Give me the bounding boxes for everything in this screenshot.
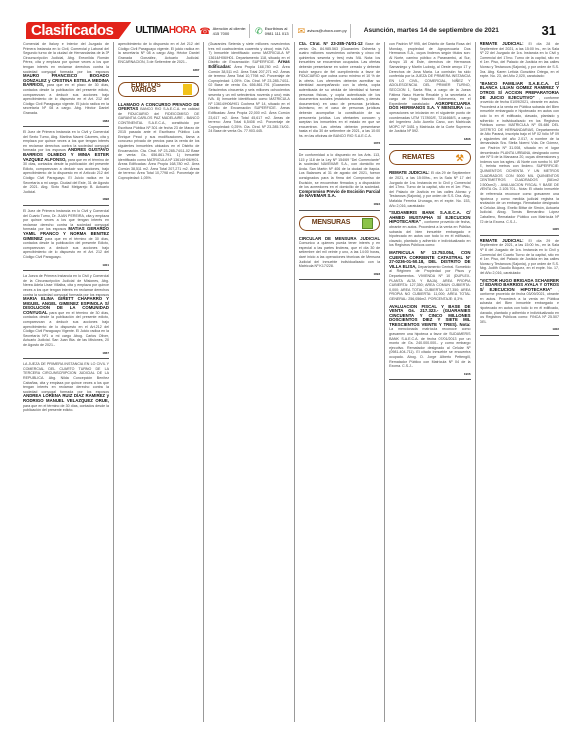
notice-divider: [299, 149, 380, 150]
classified-notice: El Juez de Primera Instancia en lo Civil…: [23, 209, 109, 260]
notice-divider: [389, 144, 470, 145]
page-header: Clasificados ULTIMAHORA ☎ Atención al cl…: [26, 22, 556, 39]
classified-notice: Cta. Ctral. Nº 23-285-74/01-12 Base de v…: [299, 42, 380, 138]
section-title: Clasificados: [26, 22, 131, 39]
section-header-mensuras: MENSURAS: [299, 216, 380, 231]
gavel-icon: ⚒: [456, 156, 464, 161]
classified-notice: LLAMADO A CONCURSO PRIVADO DE OFERTAS BA…: [118, 103, 199, 181]
notice-divider: [299, 210, 380, 211]
contact-whatsapp: ✆ Escribinos al0981 111 013: [255, 24, 292, 38]
classified-notice: AVALUACION FISCAL Y BASE DE VENTA Gs. 21…: [389, 305, 470, 369]
notice-code: 1887: [118, 68, 199, 73]
classified-notice: LA JUEZA DE PRIMERA INSTANCIA EN LO CIVI…: [23, 362, 109, 413]
section-header-remates: REMATES⚒: [389, 150, 470, 165]
classified-notice: El Juez de Primera Instancia en lo Civil…: [23, 130, 109, 194]
notice-code: 1901: [23, 263, 109, 268]
contact-phone: ☎ Atención al cliente:415 7000: [199, 24, 250, 38]
notice-divider: [23, 126, 109, 127]
notice-divider: [299, 279, 380, 280]
contact-email: ✉ avisos@uhora.com.py: [298, 24, 351, 38]
notice-divider: [23, 358, 109, 359]
classified-notice: apercibimiento de lo dispuesto en el Art…: [118, 42, 199, 65]
notice-divider: [389, 379, 470, 380]
notice-divider: [480, 335, 560, 336]
notice-divider: [23, 270, 109, 271]
classified-notice: Comercial de Italury e Interior del Juzg…: [23, 42, 109, 116]
classified-notice: con Padrón Nº 995, del Distrito de Santa…: [389, 42, 470, 134]
map-icon: [362, 218, 373, 229]
notice-divider: [118, 76, 199, 77]
column-5: con Padrón Nº 995, del Distrito de Santa…: [389, 42, 475, 722]
notice-code: 1898: [23, 197, 109, 202]
classified-notice: REMATE JUDICIAL: El día 29 de Septiembre…: [480, 239, 560, 276]
newspaper-logo: ULTIMAHORA: [135, 25, 197, 36]
classified-notice: De conformidad a lo dispuesto en los Art…: [299, 153, 380, 199]
notice-code: 1883: [23, 119, 109, 124]
column-2: apercibimiento de lo dispuesto en el Art…: [118, 42, 204, 722]
classified-notice: CIRCULAR DE MENSURA JUDICIAL Comunico a …: [299, 237, 380, 269]
notice-code: 1867: [23, 351, 109, 356]
notice-code: 1905: [480, 227, 560, 232]
classified-notice: "SUDAMERIS BANK S.A.E.C.A. C/ AHMED MUST…: [389, 211, 470, 248]
notice-icon: [183, 84, 192, 95]
notice-code: 1902: [480, 327, 560, 332]
classified-notice: "VICTOR HUGO BRIGADA SCHAERER C/ EDARIO …: [480, 279, 560, 325]
notice-divider: [23, 205, 109, 206]
notice-code: 1896: [389, 137, 470, 142]
column-1: Comercial de Italury e Interior del Juzg…: [23, 42, 114, 722]
whatsapp-icon: ✆: [255, 26, 263, 36]
notice-code: 1906: [389, 372, 470, 377]
column-4: Cta. Ctral. Nº 23-285-74/01-12 Base de v…: [299, 42, 385, 722]
section-header-edictos-varios: EDICTOS VARIOS: [118, 82, 199, 97]
classified-notice: MATRICULA Nº 13.753.054, CON CUENTA CORR…: [389, 251, 470, 302]
classified-notice: "BANCO FAMILIAR S.A.E.C.A. C/ BLANCA LIL…: [480, 82, 560, 224]
notice-code: 1876: [299, 141, 380, 146]
column-6: REMATE JUDICIAL: El día 28 de Septiembre…: [480, 42, 564, 722]
mail-icon: ✉: [298, 26, 306, 36]
classifieds-columns: Comercial de Italury e Interior del Juzg…: [23, 42, 563, 722]
classified-notice: La Jueza de Primera Instancia en lo Civi…: [23, 274, 109, 348]
classified-notice: (Guaraníes Setenta y siete millones nove…: [208, 42, 289, 134]
column-3: (Guaraníes Setenta y siete millones nove…: [208, 42, 294, 722]
page-number: 31: [542, 23, 556, 38]
notice-divider: [480, 235, 560, 236]
publication-date: Asunción, martes 14 de septiembre de 202…: [364, 27, 499, 34]
notice-code: 1893: [299, 272, 380, 277]
classified-notice: REMATE JUDICIAL: El día 28 de Septiembre…: [480, 42, 560, 79]
notice-code: 1894: [299, 202, 380, 207]
classified-notice: REMATE JUDICIAL: El día 29 de Septiembre…: [389, 171, 470, 208]
phone-icon: ☎: [199, 26, 210, 36]
